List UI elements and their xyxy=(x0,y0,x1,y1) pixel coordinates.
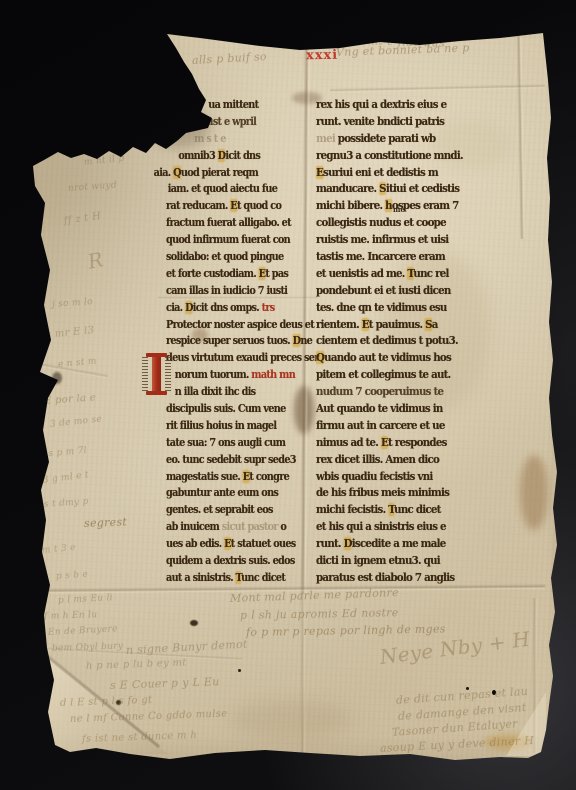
text-run: E xyxy=(224,537,231,550)
text-line: de his fribus meis minimis xyxy=(316,485,463,502)
text-run: iscedite a me male xyxy=(352,537,446,550)
text-run: t pauimus. xyxy=(369,318,425,331)
text-line: iam. et quod aiectu fue xyxy=(168,181,319,198)
text-run: solidabo: et quod pingue xyxy=(166,250,283,263)
text-run: eo. tunc sedebit supr sede3 xyxy=(166,453,296,466)
text-run: regnu3 a constitutione mndi. xyxy=(316,149,463,162)
right-crease xyxy=(516,34,526,239)
text-run: fractum fuerat alligabo. et xyxy=(166,216,291,229)
handwritten-note: E por la e xyxy=(44,392,97,407)
text-line: rientem. Et pauimus. Sa xyxy=(316,317,463,334)
text-run: quod infirmum fuerat con xyxy=(166,233,290,246)
handwritten-note: nrot wuyd xyxy=(68,181,118,194)
text-run: ab inuicem xyxy=(166,520,222,533)
text-run: iam. et quod aiectu fue xyxy=(168,182,277,195)
text-line: tate sua: 7 ons augli cum xyxy=(166,435,319,452)
text-run: S xyxy=(425,318,432,331)
text-run: ues ab edis. xyxy=(166,537,224,550)
text-line: quidem a dextris suis. edos xyxy=(166,553,319,570)
text-run: icit dns xyxy=(225,149,260,162)
text-line: tastis me. Incarcere eram xyxy=(316,249,463,266)
handwritten-note: f m h En lu xyxy=(44,610,98,622)
text-run: E xyxy=(230,199,237,212)
text-line: runt. Discedite a me male xyxy=(316,536,463,553)
text-line: eo. tunc sedebit supr sede3 xyxy=(166,452,319,469)
handwritten-note: alls p buif so xyxy=(192,50,268,67)
handwritten-note: ff z t H xyxy=(63,211,102,227)
text-line: tes. dne qn te vidimus esu xyxy=(316,300,463,317)
text-run: t quod co xyxy=(237,199,281,212)
text-line: deus virtutum exaudi preces ser xyxy=(166,350,319,367)
text-line: nimus ad te. Et respondes xyxy=(316,435,463,452)
text-line: cientem et dedimus t potu3. xyxy=(316,333,463,350)
text-run: t pas xyxy=(265,267,288,280)
text-run: et uenistis ad me. xyxy=(316,267,407,280)
handwritten-note: ne l mf Conne Co gddo mulse xyxy=(70,709,228,725)
top-crease xyxy=(330,84,545,94)
text-line: aut a sinistris. Tunc dicet xyxy=(166,570,319,587)
text-run: trs xyxy=(262,301,275,314)
text-line: et forte custodiam. Et pas xyxy=(166,266,319,283)
handwritten-note: e n st m xyxy=(58,357,98,370)
text-run: unc dicet xyxy=(394,503,440,516)
text-line: collegistis nudus et coope xyxy=(316,215,463,232)
text-line: pondebunt ei et iusti dicen xyxy=(316,283,463,300)
text-run: discipulis suis. Cum vene xyxy=(166,402,286,415)
text-line: Quando aut te vidimus hos xyxy=(316,350,463,367)
text-run: uod pierat reqm xyxy=(181,166,258,179)
text-line: michi bibere. hospes eram 7 xyxy=(316,198,463,215)
initial-serif-bottom xyxy=(146,391,167,395)
ink-fleck xyxy=(238,669,241,672)
text-run: pitem et collegimus te aut. xyxy=(316,368,450,381)
text-run: Aut quando te vidimus in xyxy=(316,402,443,415)
penwork-comb-left xyxy=(142,357,148,391)
text-run: et forte custodiam. xyxy=(166,267,259,280)
text-line: cam illas in iudicio 7 iusti xyxy=(166,283,319,300)
text-line: cia. Dicit dns omps. trs xyxy=(166,300,319,317)
text-run: aia. xyxy=(154,166,173,179)
text-run: cam illas in iudicio 7 iusti xyxy=(166,284,287,297)
text-line: m s t e xyxy=(194,131,319,148)
text-run: firmu aut in carcere et ue xyxy=(316,419,445,432)
text-run: t congre xyxy=(249,470,289,483)
text-run: t statuet oues xyxy=(231,537,296,550)
text-run: cia. xyxy=(166,301,185,314)
text-run: ust e wpril xyxy=(206,115,256,128)
text-line: solidabo: et quod pingue xyxy=(166,249,319,266)
text-line: et uenistis ad me. Tunc rel xyxy=(316,266,463,283)
text-column-left: ua mittentust e wprilm s t eomnib3 Dicit… xyxy=(166,97,319,587)
text-run: omnib3 xyxy=(178,149,217,162)
text-line: runt. venite bndicti patris xyxy=(316,114,463,131)
ink-fleck xyxy=(190,620,198,626)
text-run: tastis me. Incarcere eram xyxy=(316,250,445,263)
stain xyxy=(52,372,62,384)
initial-red-bar xyxy=(152,356,161,392)
text-line: rex his qui a dextris eius e xyxy=(316,97,463,114)
text-run: math mn xyxy=(251,368,295,381)
handwritten-note: fo p mr p repas por lingh de mges xyxy=(246,623,446,639)
text-run: quidem a dextris suis. edos xyxy=(166,554,295,567)
initial-serif-top xyxy=(146,353,167,357)
text-run: dicti in ignem etnu3. qui xyxy=(316,554,440,567)
stain xyxy=(230,700,350,740)
text-run: michi fecistis. xyxy=(316,503,388,516)
manuscript-leaf: xxxi ua mittentust e wprilm s t eomnib3 … xyxy=(0,0,576,790)
text-line: gabuntur ante eum ons xyxy=(166,485,319,502)
text-line: pitem et collegimus te aut. xyxy=(316,367,463,384)
text-column-right: rex his qui a dextris eius erunt. venite… xyxy=(316,97,463,587)
handwritten-note: En de Bruyere xyxy=(48,624,118,638)
text-line: dicti in ignem etnu3. qui xyxy=(316,553,463,570)
text-line: ab inuicem sicut pastor o xyxy=(166,519,319,536)
text-run: a xyxy=(432,318,438,331)
text-line: norum tuorum. math mn xyxy=(175,367,319,384)
text-run: nudum 7 cooperuimus te xyxy=(316,385,443,398)
text-run: n illa dixit ihc dis xyxy=(175,385,256,398)
text-run: E xyxy=(316,166,323,179)
text-run: unc dicet xyxy=(241,571,285,584)
text-run: suriui eni et dedistis m xyxy=(323,166,438,179)
text-run: rat reducam. xyxy=(166,199,230,212)
text-line: quod infirmum fuerat con xyxy=(166,232,319,249)
handwritten-note: R xyxy=(86,247,106,274)
handwritten-note: bem Obyl bury xyxy=(52,642,124,654)
text-line: magestatis sue. Et congre xyxy=(166,469,319,486)
handwritten-note: p l sh ju apromis Ed nostre xyxy=(240,606,399,622)
text-line: ues ab edis. Et statuet oues xyxy=(166,536,319,553)
text-run: norum tuorum. xyxy=(175,368,251,381)
text-run: manducare. xyxy=(316,182,379,195)
handwritten-note: s t dmy p xyxy=(44,497,89,510)
text-line: et his qui a sinistris eius e xyxy=(316,519,463,536)
text-line: ruistis me. infirmus et uisi xyxy=(316,232,463,249)
text-run: t respondes xyxy=(388,436,447,449)
text-line: fractum fuerat alligabo. et xyxy=(166,215,319,232)
photo-background: xxxi ua mittentust e wprilm s t eomnib3 … xyxy=(0,0,576,790)
text-line: respice super seruos tuos. Dne xyxy=(166,333,319,350)
handwritten-note: s E Couer p y L Eu xyxy=(110,675,220,692)
text-line: rat reducam. Et quod co xyxy=(166,198,319,215)
text-line: Aut quando te vidimus in xyxy=(316,401,463,418)
text-run: paratus est diabolo 7 anglis xyxy=(316,571,454,584)
text-run: rit filius hoius in magel xyxy=(166,419,276,432)
folio-number: xxxi xyxy=(306,48,338,64)
text-run: E xyxy=(259,267,266,280)
text-line: regnu3 a constitutione mndi. xyxy=(316,148,463,165)
text-run: rex his qui a dextris eius e xyxy=(316,98,446,111)
text-run: uando aut te vidimus hos xyxy=(324,351,451,364)
handwritten-note: d l E st p l s fo gt xyxy=(60,695,153,709)
text-line: Protector noster aspice deus et xyxy=(166,317,319,334)
text-run: nimus ad te. xyxy=(316,436,381,449)
text-run: icit dns omps. xyxy=(193,301,262,314)
text-run: respice super seruos tuos. xyxy=(166,334,293,347)
text-line: Esuriui eni et dedistis m xyxy=(316,165,463,182)
text-line: ua mittent xyxy=(208,97,318,114)
text-run: Protector noster aspice deus et xyxy=(166,318,314,331)
handwritten-note: Mont mal parle me pardonre xyxy=(230,586,399,605)
text-run: pondebunt ei et iusti dicen xyxy=(316,284,451,297)
text-line: aia. Quod pierat reqm xyxy=(154,165,319,182)
text-run: runt. xyxy=(316,537,344,550)
text-run: Q xyxy=(173,166,181,179)
text-run: tate sua: 7 ons augli cum xyxy=(166,436,285,449)
text-run: deus virtutum exaudi preces ser xyxy=(166,351,319,364)
handwritten-note: p s b e xyxy=(56,570,89,582)
superscript-gloss: me xyxy=(393,205,405,214)
text-line: michi fecistis. Tunc dicet xyxy=(316,502,463,519)
text-run: Q xyxy=(316,351,324,364)
handwritten-note: Vng et bonniet ba ne p xyxy=(336,41,470,59)
text-run: rex dicet illis. Amen dico xyxy=(316,453,439,466)
text-line: discipulis suis. Cum vene xyxy=(166,401,319,418)
text-run: gabuntur ante eum ons xyxy=(166,486,278,499)
handwritten-note: B g ml e t xyxy=(41,470,89,486)
text-run: E xyxy=(243,470,250,483)
text-line: manducare. Sitiui et cedistis xyxy=(316,181,463,198)
text-run: aut a sinistris. xyxy=(166,571,236,584)
handwritten-note: n signe Bunyr demot xyxy=(126,638,248,657)
text-run: ne xyxy=(300,334,312,347)
text-line: omnib3 Dicit dns xyxy=(178,148,318,165)
handwritten-note: p l ms Eu li xyxy=(58,593,113,606)
text-run: h xyxy=(385,199,392,212)
handwritten-note: 3 de mo se xyxy=(49,415,102,430)
text-run: cientem et dedimus t potu3. xyxy=(316,334,458,347)
text-run: unc rel xyxy=(413,267,448,280)
text-line: n illa dixit ihc dis xyxy=(175,384,319,401)
text-run: collegistis nudus et coope xyxy=(316,216,446,229)
decorated-initial-i xyxy=(142,353,172,395)
text-run: runt. venite bndicti patris xyxy=(316,115,444,128)
text-run: et his qui a sinistris eius e xyxy=(316,520,446,533)
text-run: gentes. et seprabit eos xyxy=(166,503,273,516)
text-run: D xyxy=(293,334,301,347)
text-run: o xyxy=(278,520,286,533)
text-run: mei xyxy=(316,132,338,145)
text-line: firmu aut in carcere et ue xyxy=(316,418,463,435)
handwritten-note: m t 3 e xyxy=(42,543,77,556)
handwritten-note: m nt il p xyxy=(83,154,125,168)
text-run: de his fribus meis minimis xyxy=(316,486,449,499)
text-run: wbis quadiu fecistis vni xyxy=(316,470,433,483)
text-run: ua mittent xyxy=(208,98,258,111)
text-run: itiui et cedistis xyxy=(386,182,459,195)
handwritten-note: j so m lo xyxy=(52,297,94,310)
text-run: m s t e xyxy=(194,132,226,145)
text-line: nudum 7 cooperuimus te xyxy=(316,384,463,401)
text-run: possidete parati wb xyxy=(338,132,436,145)
right-crease-lower xyxy=(532,598,538,753)
text-line: wbis quadiu fecistis vni xyxy=(316,469,463,486)
stain xyxy=(520,455,548,530)
handwritten-note: h p ne p lu b ey mt xyxy=(86,657,187,672)
text-run: magestatis sue. xyxy=(166,470,243,483)
handwritten-note: segrest xyxy=(84,515,128,529)
text-line: gentes. et seprabit eos xyxy=(166,502,319,519)
handwritten-note: fs ist ne st dunce m h xyxy=(82,730,197,745)
text-run: tes. dne qn te vidimus esu xyxy=(316,301,447,314)
text-run: E xyxy=(362,318,369,331)
text-run: michi bibere. xyxy=(316,199,385,212)
text-run: sicut pastor xyxy=(222,520,278,533)
text-line: paratus est diabolo 7 anglis xyxy=(316,570,463,587)
text-line: rit filius hoius in magel xyxy=(166,418,319,435)
penwork-comb-right xyxy=(165,357,171,391)
text-line: ust e wpril xyxy=(206,114,318,131)
text-line: mei possidete parati wb xyxy=(316,131,463,148)
handwritten-note: s mr E l3 xyxy=(45,325,94,341)
text-run: ruistis me. infirmus et uisi xyxy=(316,233,448,246)
text-run: rientem. xyxy=(316,318,362,331)
text-line: rex dicet illis. Amen dico xyxy=(316,452,463,469)
handwritten-note: y s p m 7l xyxy=(40,446,88,460)
